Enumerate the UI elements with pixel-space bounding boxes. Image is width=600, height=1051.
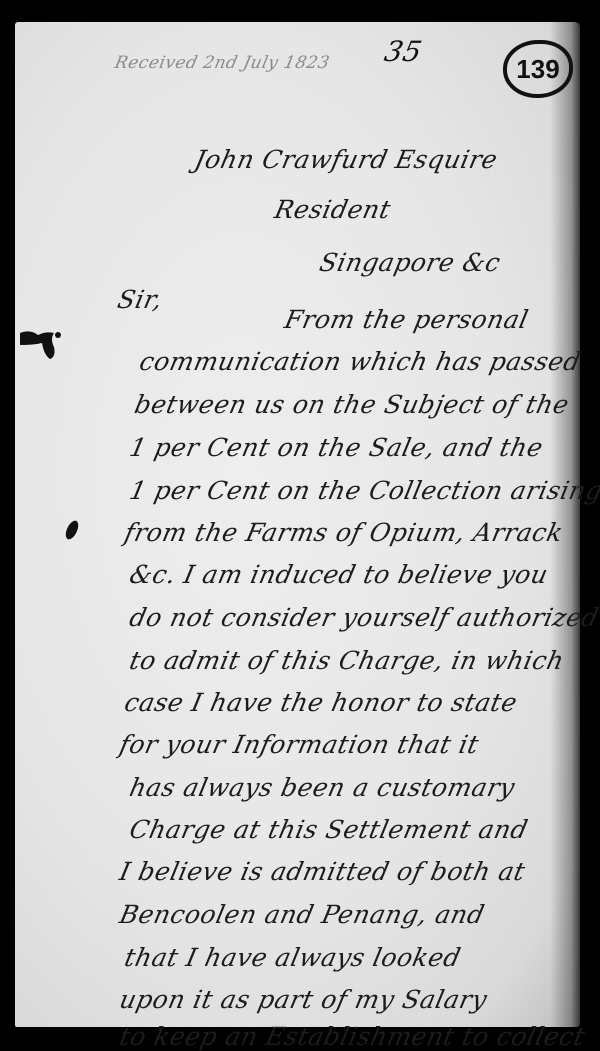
address-title: Resident xyxy=(272,195,394,224)
address-place: Singapore &c xyxy=(317,248,503,277)
salutation: Sir, xyxy=(115,285,165,314)
body-line: has always been a customary xyxy=(127,773,518,802)
body-line: 1 per Cent on the Collection arising xyxy=(127,476,600,505)
body-line: Charge at this Settlement and xyxy=(127,815,531,844)
body-line: 1 per Cent on the Sale, and the xyxy=(127,433,546,462)
body-line: communication which has passed xyxy=(137,347,584,376)
folio-number: 35 xyxy=(381,35,425,68)
body-line: between us on the Subject of the xyxy=(132,390,572,419)
body-line: for your Information that it xyxy=(117,730,482,759)
body-line: do not consider yourself authorized xyxy=(127,603,600,632)
body-line: &c. I am induced to believe you xyxy=(127,560,551,589)
body-line: case I have the honor to state xyxy=(122,688,520,717)
body-line: Bencoolen and Penang, and xyxy=(117,900,487,929)
body-line: upon it as part of my Salary xyxy=(117,985,490,1014)
page-number-circled: 139 xyxy=(503,40,573,98)
body-line: to keep an Establishment to collect xyxy=(117,1022,588,1051)
body-line: that I have always looked xyxy=(122,943,464,972)
address-recipient: John Crawfurd Esquire xyxy=(192,145,500,174)
docket-note: Received 2nd July 1823 xyxy=(113,53,332,73)
body-line: From the personal xyxy=(282,305,531,334)
body-line: to admit of this Charge, in which xyxy=(127,646,567,675)
body-line: from the Farms of Opium, Arrack xyxy=(122,518,566,547)
body-line: I believe is admitted of both at xyxy=(117,857,528,886)
ink-blot-icon xyxy=(20,325,65,365)
